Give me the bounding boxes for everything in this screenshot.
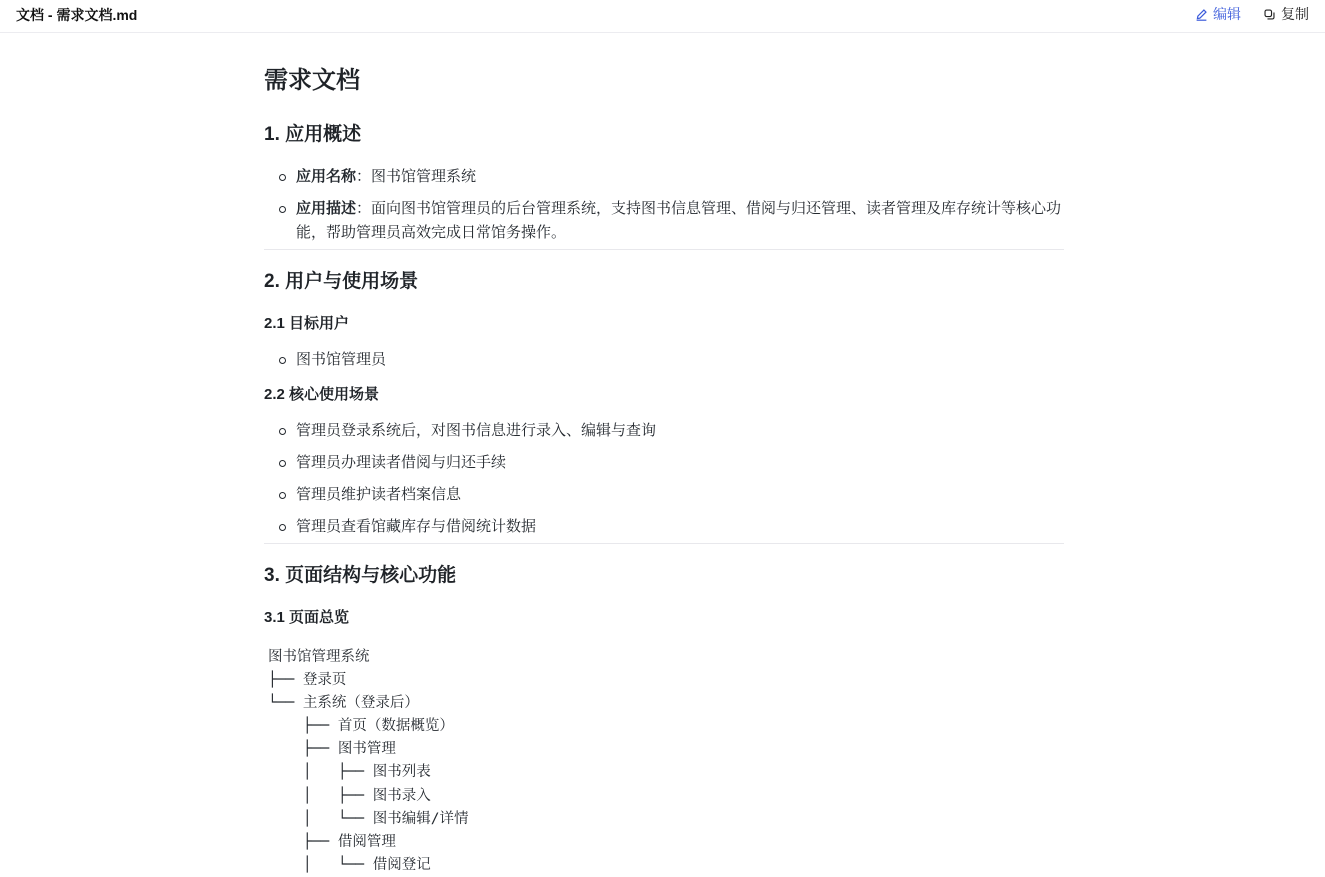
list-item: 管理员查看馆藏库存与借阅统计数据 <box>264 515 1064 539</box>
list-item: 管理员登录系统后，对图书信息进行录入、编辑与查询 <box>264 419 1064 443</box>
copy-icon <box>1263 8 1276 21</box>
item-value: 图书馆管理系统 <box>371 168 476 185</box>
item-sep: ： <box>356 200 371 217</box>
item-key: 应用描述 <box>296 200 356 217</box>
page-tree-code-block: 图书馆管理系统 ├── 登录页 └── 主系统（登录后） ├── 首页（数据概览… <box>264 646 1064 877</box>
header-actions: 编辑 复制 <box>1195 4 1309 24</box>
pencil-icon <box>1195 8 1208 21</box>
list-item: 管理员维护读者档案信息 <box>264 483 1064 507</box>
top-bar: 文档 - 需求文档.md 编辑 复制 <box>0 0 1325 33</box>
item-key: 应用名称 <box>296 168 356 185</box>
section-2-2-heading: 2.2 核心使用场景 <box>264 385 1064 405</box>
section-3-heading: 3. 页面结构与核心功能 <box>264 564 1064 588</box>
list-item: 管理员办理读者借阅与归还手续 <box>264 451 1064 475</box>
doc-title: 需求文档 <box>264 66 1064 96</box>
document-body: 需求文档 1. 应用概述 应用名称：图书馆管理系统 应用描述：面向图书馆管理员的… <box>264 33 1064 877</box>
copy-button[interactable]: 复制 <box>1263 4 1309 24</box>
edit-button[interactable]: 编辑 <box>1195 4 1241 24</box>
window-title: 文档 - 需求文档.md <box>16 5 137 25</box>
divider <box>264 543 1064 544</box>
scenarios-list: 管理员登录系统后，对图书信息进行录入、编辑与查询 管理员办理读者借阅与归还手续 … <box>264 419 1064 539</box>
section-2-1-heading: 2.1 目标用户 <box>264 314 1064 334</box>
item-sep: ： <box>356 168 371 185</box>
section-1-list: 应用名称：图书馆管理系统 应用描述：面向图书馆管理员的后台管理系统，支持图书信息… <box>264 165 1064 245</box>
edit-label: 编辑 <box>1213 4 1241 24</box>
divider <box>264 249 1064 250</box>
section-2-heading: 2. 用户与使用场景 <box>264 270 1064 294</box>
copy-label: 复制 <box>1281 4 1309 24</box>
list-item: 应用名称：图书馆管理系统 <box>264 165 1064 189</box>
target-users-list: 图书馆管理员 <box>264 348 1064 372</box>
section-3-1-heading: 3.1 页面总览 <box>264 608 1064 628</box>
list-item: 应用描述：面向图书馆管理员的后台管理系统，支持图书信息管理、借阅与归还管理、读者… <box>264 197 1064 245</box>
item-value: 面向图书馆管理员的后台管理系统，支持图书信息管理、借阅与归还管理、读者管理及库存… <box>296 200 1061 241</box>
list-item: 图书馆管理员 <box>264 348 1064 372</box>
section-1-heading: 1. 应用概述 <box>264 123 1064 147</box>
